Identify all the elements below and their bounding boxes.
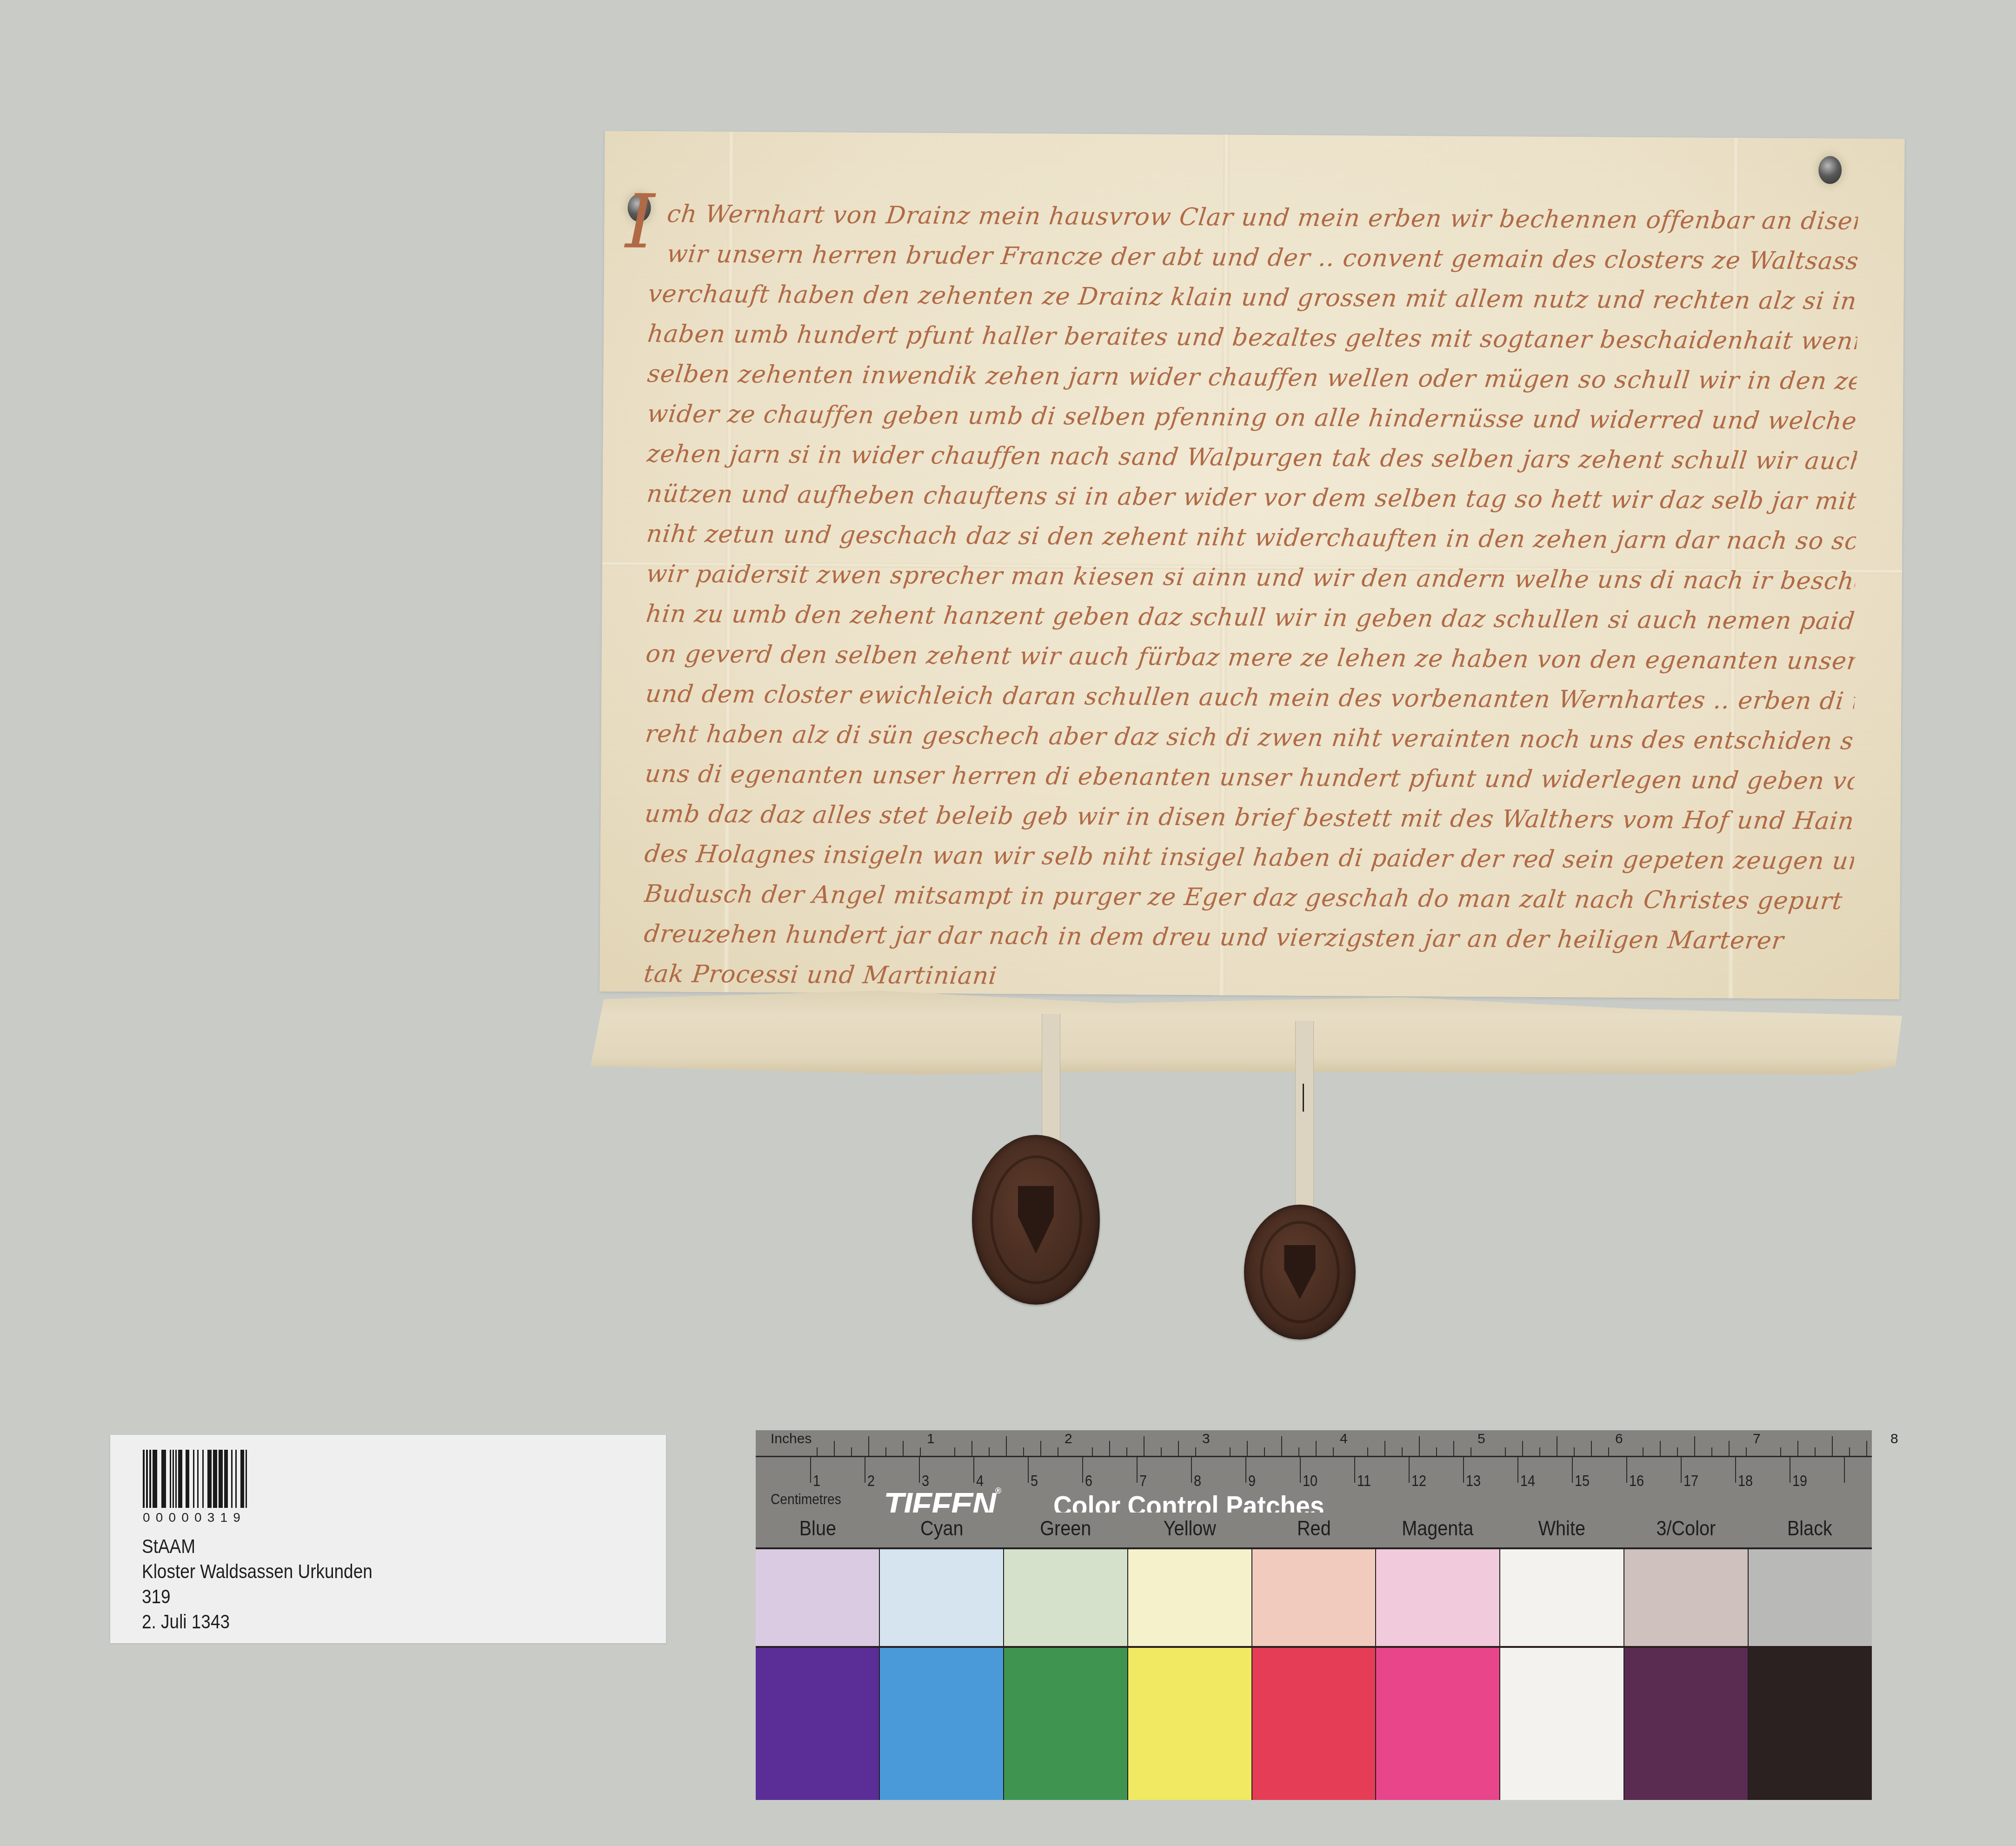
cm-tick <box>1463 1457 1464 1483</box>
color-patch-dark <box>1376 1648 1500 1800</box>
inch-tick <box>1746 1447 1747 1456</box>
inch-tick <box>1711 1447 1712 1456</box>
inch-tick <box>1316 1441 1317 1456</box>
cm-number: 5 <box>1031 1472 1038 1490</box>
inch-tick <box>1574 1447 1575 1456</box>
cm-number: 16 <box>1629 1472 1644 1490</box>
strap-ink-mark <box>1303 1084 1304 1112</box>
inch-tick <box>1797 1441 1798 1456</box>
patch-label: Cyan <box>886 1513 998 1547</box>
registered-mark: ® <box>995 1486 1000 1495</box>
text-line: uns di egenanten unser herren di ebenant… <box>643 754 1856 801</box>
patch-label: Magenta <box>1382 1513 1494 1547</box>
patch-label: White <box>1506 1513 1617 1547</box>
color-patch-light <box>1004 1549 1128 1646</box>
barcode-digit: 0 <box>143 1510 150 1525</box>
patch-label: Yellow <box>1134 1513 1245 1547</box>
inch-tick <box>1780 1447 1781 1456</box>
cm-tick <box>1409 1457 1410 1483</box>
text-line: nützen und aufheben chauftens si in aber… <box>645 474 1858 521</box>
text-line: on geverd den selben zehent wir auch für… <box>644 634 1857 681</box>
seal-strap <box>1295 1021 1314 1219</box>
cm-number: 14 <box>1520 1472 1535 1490</box>
cm-number: 8 <box>1194 1472 1201 1490</box>
inch-tick <box>1023 1447 1024 1456</box>
text-line: Budusch der Angel mitsampt in purger ze … <box>642 874 1856 921</box>
cm-tick <box>1300 1457 1301 1483</box>
barcode-digit: 1 <box>220 1510 228 1525</box>
inch-tick <box>1419 1436 1420 1456</box>
tiffen-color-chart: Inches 123456781234567891011121314151617… <box>756 1430 1872 1800</box>
inch-tick <box>1144 1436 1144 1456</box>
inch-tick <box>1384 1441 1385 1456</box>
text-line: hin zu umb den zehent hanzent geben daz … <box>644 594 1858 641</box>
inch-tick <box>1470 1447 1471 1456</box>
text-line: und dem closter ewichleich daran schulle… <box>644 674 1857 721</box>
cm-tick <box>973 1457 974 1483</box>
color-patch-light <box>1624 1549 1749 1646</box>
document-date: 2. Juli 1343 <box>142 1609 373 1634</box>
inch-tick <box>1436 1447 1437 1456</box>
cm-number: 6 <box>1085 1472 1092 1490</box>
text-line: reht haben alz di sün geschech aber daz … <box>643 714 1857 761</box>
inch-tick <box>1522 1441 1523 1456</box>
cm-tick <box>1572 1457 1573 1483</box>
cm-tick <box>1517 1457 1518 1483</box>
color-patch-dark <box>1128 1648 1252 1800</box>
inch-tick <box>954 1447 955 1456</box>
barcode-digit: 0 <box>181 1510 189 1525</box>
barcode-digit: 0 <box>169 1510 176 1525</box>
inch-number: 2 <box>1065 1431 1072 1447</box>
inch-tick <box>1660 1441 1661 1456</box>
cm-tick <box>1735 1457 1736 1483</box>
inch-tick <box>903 1441 904 1456</box>
rivet-icon <box>1818 156 1842 184</box>
cm-tick <box>1626 1457 1627 1483</box>
document-number: 319 <box>142 1584 373 1609</box>
color-patch-dark <box>880 1648 1004 1800</box>
cm-tick <box>919 1457 920 1483</box>
parchment-plica-fold <box>591 991 1902 1074</box>
patch-label: 3/Color <box>1630 1513 1742 1547</box>
color-patch-dark <box>1252 1648 1377 1800</box>
inch-number: 1 <box>927 1431 935 1447</box>
inch-number: 7 <box>1753 1431 1761 1447</box>
inch-tick <box>1195 1447 1196 1456</box>
archive-label-card: 0 0 0 0 0 3 1 9 StAAM Kloster Waldsassen… <box>110 1435 666 1643</box>
barcode-icon <box>143 1450 247 1508</box>
inch-number: 8 <box>1890 1431 1898 1447</box>
cm-number: 10 <box>1303 1472 1317 1490</box>
cm-number: 15 <box>1575 1472 1590 1490</box>
cm-tick <box>1790 1457 1790 1483</box>
patch-label: Black <box>1754 1513 1866 1547</box>
barcode-number: 0 0 0 0 0 3 1 9 <box>143 1510 240 1525</box>
inch-tick <box>1006 1436 1007 1456</box>
charter-text: ch Wernhart von Drainz mein hausvrow Cla… <box>644 194 1857 1001</box>
cm-tick <box>1028 1457 1029 1483</box>
inch-tick <box>885 1447 886 1456</box>
cm-tick <box>1354 1457 1355 1483</box>
inch-tick <box>1126 1447 1127 1456</box>
inches-label: Inches <box>771 1431 812 1447</box>
patch-label: Green <box>1010 1513 1122 1547</box>
cm-number: 17 <box>1683 1472 1698 1490</box>
color-patch-light <box>1128 1549 1252 1646</box>
inch-ruler: Inches <box>756 1430 1872 1457</box>
collection-name: Kloster Waldsassen Urkunden <box>142 1559 373 1584</box>
color-patch-dark <box>1500 1648 1624 1800</box>
cm-number: 13 <box>1466 1472 1481 1490</box>
cm-tick <box>1137 1457 1138 1483</box>
patch-label: Blue <box>762 1513 873 1547</box>
cm-tick <box>1245 1457 1246 1483</box>
inch-tick <box>1178 1441 1179 1456</box>
color-patch-dark <box>1624 1648 1749 1800</box>
text-line: zehen jarn si in wider chauffen nach san… <box>645 434 1859 481</box>
text-line: niht zetun und geschach daz si den zehen… <box>645 514 1858 561</box>
inch-tick <box>1040 1441 1041 1456</box>
inch-tick <box>1247 1441 1248 1456</box>
inch-number: 5 <box>1477 1431 1485 1447</box>
inch-tick <box>1058 1447 1058 1456</box>
cm-number: 11 <box>1357 1472 1371 1490</box>
inch-tick <box>1866 1441 1867 1456</box>
text-line: wir unsern herren bruder Francze der abt… <box>646 234 1860 281</box>
inch-tick <box>1230 1447 1231 1456</box>
inch-tick <box>1832 1436 1833 1456</box>
cm-number: 9 <box>1248 1472 1256 1490</box>
cm-tick <box>865 1457 865 1483</box>
chart-header: Inches 123456781234567891011121314151617… <box>756 1430 1872 1513</box>
patch-names: BlueCyanGreenYellowRedMagentaWhite3/Colo… <box>756 1513 1872 1549</box>
inch-number: 4 <box>1340 1431 1348 1447</box>
barcode-digit: 9 <box>233 1510 240 1525</box>
inch-tick <box>868 1436 869 1456</box>
barcode-digit: 3 <box>207 1510 215 1525</box>
cm-number: 18 <box>1738 1472 1753 1490</box>
label-text: StAAM Kloster Waldsassen Urkunden 319 2.… <box>142 1534 404 1634</box>
cm-tick <box>1082 1457 1083 1483</box>
text-line: selben zehenten inwendik zehen jarn wide… <box>645 354 1859 401</box>
patch-label: Red <box>1258 1513 1370 1547</box>
inch-tick <box>1161 1447 1162 1456</box>
inch-tick <box>834 1441 835 1456</box>
cm-tick <box>810 1457 811 1483</box>
cm-tick <box>1681 1457 1682 1483</box>
inch-tick <box>1264 1447 1265 1456</box>
inch-tick <box>920 1447 921 1456</box>
text-line: wir paidersit zwen sprecher man kiesen s… <box>644 554 1858 601</box>
cm-number: 2 <box>867 1472 875 1490</box>
inch-tick <box>1677 1447 1678 1456</box>
barcode-digit: 0 <box>194 1510 202 1525</box>
light-patches <box>756 1549 1872 1648</box>
inch-tick <box>1298 1447 1299 1456</box>
color-patch-light <box>756 1549 880 1646</box>
color-patch-dark <box>1004 1648 1128 1800</box>
text-line: verchauft haben den zehenten ze Drainz k… <box>646 274 1860 321</box>
inch-tick <box>1608 1447 1609 1456</box>
inch-number: 6 <box>1615 1431 1623 1447</box>
inch-tick <box>1643 1447 1643 1456</box>
wax-seal-right <box>1244 1205 1356 1340</box>
inch-tick <box>1849 1447 1850 1456</box>
inch-tick <box>1591 1441 1592 1456</box>
inch-tick <box>1402 1447 1403 1456</box>
inch-tick <box>1281 1436 1282 1456</box>
color-patch-light <box>1749 1549 1872 1646</box>
cm-number: 19 <box>1792 1472 1807 1490</box>
inch-tick <box>1815 1447 1816 1456</box>
inch-tick <box>1109 1441 1110 1456</box>
centimetres-label: Centimetres <box>771 1491 841 1508</box>
seal-strap <box>1042 1014 1060 1149</box>
cm-number: 1 <box>813 1472 820 1490</box>
inch-tick <box>1694 1436 1695 1456</box>
charter-parchment: I ch Wernhart von Drainz mein hausvrow C… <box>599 131 1904 999</box>
text-line: dreuzehen hundert jar dar nach in dem dr… <box>642 914 1856 961</box>
inch-number: 3 <box>1202 1431 1210 1447</box>
inch-tick <box>1453 1441 1454 1456</box>
barcode-digit: 0 <box>156 1510 163 1525</box>
cm-tick <box>1844 1457 1845 1483</box>
cm-number: 12 <box>1411 1472 1426 1490</box>
cm-tick <box>1191 1457 1192 1483</box>
color-patch-light <box>1376 1549 1500 1646</box>
color-patch-dark <box>1749 1648 1872 1800</box>
inch-tick <box>1505 1447 1506 1456</box>
inch-tick <box>1333 1447 1334 1456</box>
wax-seal-left <box>972 1135 1100 1305</box>
text-line: haben umb hundert pfunt haller beraites … <box>645 314 1859 361</box>
inch-tick <box>1729 1441 1730 1456</box>
inch-tick <box>1557 1436 1557 1456</box>
inch-tick <box>1092 1447 1093 1456</box>
color-patch-light <box>1500 1549 1624 1646</box>
text-line: des Holagnes insigeln wan wir selb niht … <box>642 834 1856 881</box>
color-patch-dark <box>756 1648 880 1800</box>
text-line: umb daz daz alles stet beleib geb wir in… <box>643 794 1856 841</box>
text-line: ch Wernhart von Drainz mein hausvrow Cla… <box>646 194 1860 241</box>
archive-name: StAAM <box>142 1534 373 1559</box>
inch-tick <box>851 1447 852 1456</box>
color-patch-light <box>1252 1549 1377 1646</box>
inch-tick <box>971 1441 972 1456</box>
color-patch-light <box>880 1549 1004 1646</box>
inch-tick <box>989 1447 990 1456</box>
inch-tick <box>1367 1447 1368 1456</box>
dark-patches <box>756 1648 1872 1800</box>
text-line: wider ze chauffen geben umb di selben pf… <box>645 394 1859 441</box>
inch-tick <box>1539 1447 1540 1456</box>
cm-number: 7 <box>1139 1472 1147 1490</box>
inch-tick <box>817 1447 818 1456</box>
